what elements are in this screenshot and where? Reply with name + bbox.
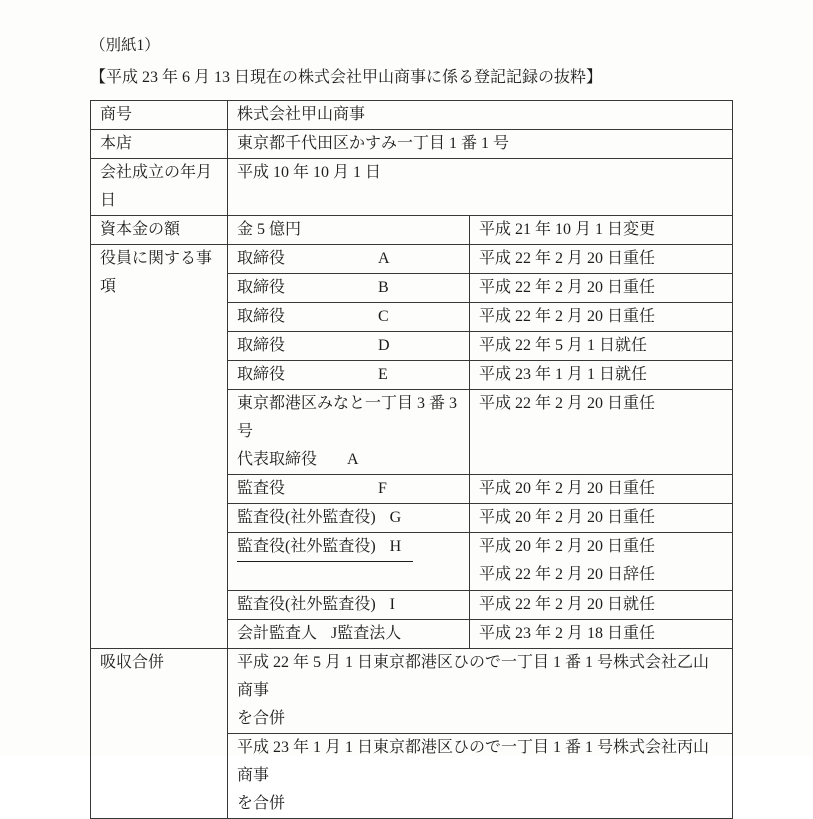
officer-cell: 取締役E [228, 361, 470, 390]
officer-cell: 監査役(社外監査役)H [228, 533, 470, 591]
row-label-incorporation-date: 会社成立の年月日 [91, 159, 228, 216]
officer-cell: 取締役B [228, 274, 470, 303]
merger-entry: 平成 23 年 1 月 1 日東京都港区ひので一丁目 1 番 1 号株式会社丙山… [228, 734, 733, 819]
table-row-merger: 吸収合併 平成 22 年 5 月 1 日東京都港区ひので一丁目 1 番 1 号株… [91, 649, 733, 734]
officer-cell: 取締役A [228, 245, 470, 274]
officer-position: 取締役 [237, 245, 364, 273]
table-row-trade-name: 商号 株式会社甲山商事 [91, 101, 733, 130]
officer-name: D [378, 337, 390, 354]
officer-position: 監査役(社外監査役) [237, 504, 376, 532]
officer-cell: 会計監査人J監査法人 [228, 620, 470, 649]
head-office-value: 東京都千代田区かすみ一丁目 1 番 1 号 [228, 130, 733, 159]
table-row-incorporation-date: 会社成立の年月日 平成 10 年 10 月 1 日 [91, 159, 733, 216]
trade-name-value: 株式会社甲山商事 [228, 101, 733, 130]
row-label-trade-name: 商号 [91, 101, 228, 130]
officer-position: 監査役 [237, 475, 364, 503]
removed-officer-entry: 監査役(社外監査役)H [237, 533, 413, 562]
officer-cell: 取締役D [228, 332, 470, 361]
officer-date: 平成 22 年 2 月 20 日重任 [470, 303, 733, 332]
officer-name: H [390, 538, 402, 555]
capital-amount: 金 5 億円 [228, 216, 470, 245]
officer-address: 東京都港区みなと一丁目 3 番 3 号 [237, 390, 460, 446]
registry-table: 商号 株式会社甲山商事 本店 東京都千代田区かすみ一丁目 1 番 1 号 会社成… [90, 100, 733, 819]
officer-date: 平成 23 年 1 月 1 日就任 [470, 361, 733, 390]
table-row-head-office: 本店 東京都千代田区かすみ一丁目 1 番 1 号 [91, 130, 733, 159]
row-label-merger: 吸収合併 [91, 649, 228, 819]
officer-date: 平成 22 年 2 月 20 日就任 [470, 591, 733, 620]
officer-name: A [347, 451, 359, 468]
officer-name: C [378, 308, 389, 325]
table-row-capital: 資本金の額 金 5 億円 平成 21 年 10 月 1 日変更 [91, 216, 733, 245]
officer-cell: 東京都港区みなと一丁目 3 番 3 号 代表取締役A [228, 390, 470, 475]
officer-date: 平成 20 年 2 月 20 日重任 [470, 504, 733, 533]
officer-date: 平成 22 年 5 月 1 日就任 [470, 332, 733, 361]
officer-cell: 監査役(社外監査役)G [228, 504, 470, 533]
officer-date: 平成 20 年 2 月 20 日重任 [470, 475, 733, 504]
row-label-head-office: 本店 [91, 130, 228, 159]
incorporation-date-value: 平成 10 年 10 月 1 日 [228, 159, 733, 216]
attachment-label: （別紙1） [90, 36, 733, 56]
officer-cell: 取締役C [228, 303, 470, 332]
officer-name: A [378, 250, 390, 267]
officer-name: J監査法人 [331, 625, 401, 642]
officer-name: B [378, 279, 389, 296]
officer-position: 取締役 [237, 332, 364, 360]
officer-position: 会計監査人 [237, 620, 317, 648]
officer-name: G [390, 509, 402, 526]
officer-date: 平成 20 年 2 月 20 日重任 平成 22 年 2 月 20 日辞任 [470, 533, 733, 591]
officer-position: 取締役 [237, 303, 364, 331]
officer-position: 監査役(社外監査役) [237, 591, 376, 619]
officer-date: 平成 22 年 2 月 20 日重任 [470, 274, 733, 303]
officer-date: 平成 22 年 2 月 20 日重任 [470, 390, 733, 475]
capital-change-date: 平成 21 年 10 月 1 日変更 [470, 216, 733, 245]
officer-position: 取締役 [237, 274, 364, 302]
officer-date: 平成 23 年 2 月 18 日重任 [470, 620, 733, 649]
row-label-capital: 資本金の額 [91, 216, 228, 245]
officer-cell: 監査役F [228, 475, 470, 504]
officer-name: E [378, 366, 388, 383]
merger-entry: 平成 22 年 5 月 1 日東京都港区ひので一丁目 1 番 1 号株式会社乙山… [228, 649, 733, 734]
document-title: 【平成 23 年 6 月 13 日現在の株式会社甲山商事に係る登記記録の抜粋】 [90, 67, 733, 89]
officer-position: 代表取締役 [237, 446, 317, 474]
officer-name: F [378, 480, 387, 497]
officer-name: I [390, 596, 395, 613]
officer-position: 監査役(社外監査役) [237, 533, 376, 561]
table-row-officer: 役員に関する事項 取締役A 平成 22 年 2 月 20 日重任 [91, 245, 733, 274]
officer-date: 平成 22 年 2 月 20 日重任 [470, 245, 733, 274]
document-sheet: （別紙1） 【平成 23 年 6 月 13 日現在の株式会社甲山商事に係る登記記… [0, 0, 813, 756]
officer-position: 取締役 [237, 361, 364, 389]
row-label-officers: 役員に関する事項 [91, 245, 228, 649]
officer-cell: 監査役(社外監査役)I [228, 591, 470, 620]
